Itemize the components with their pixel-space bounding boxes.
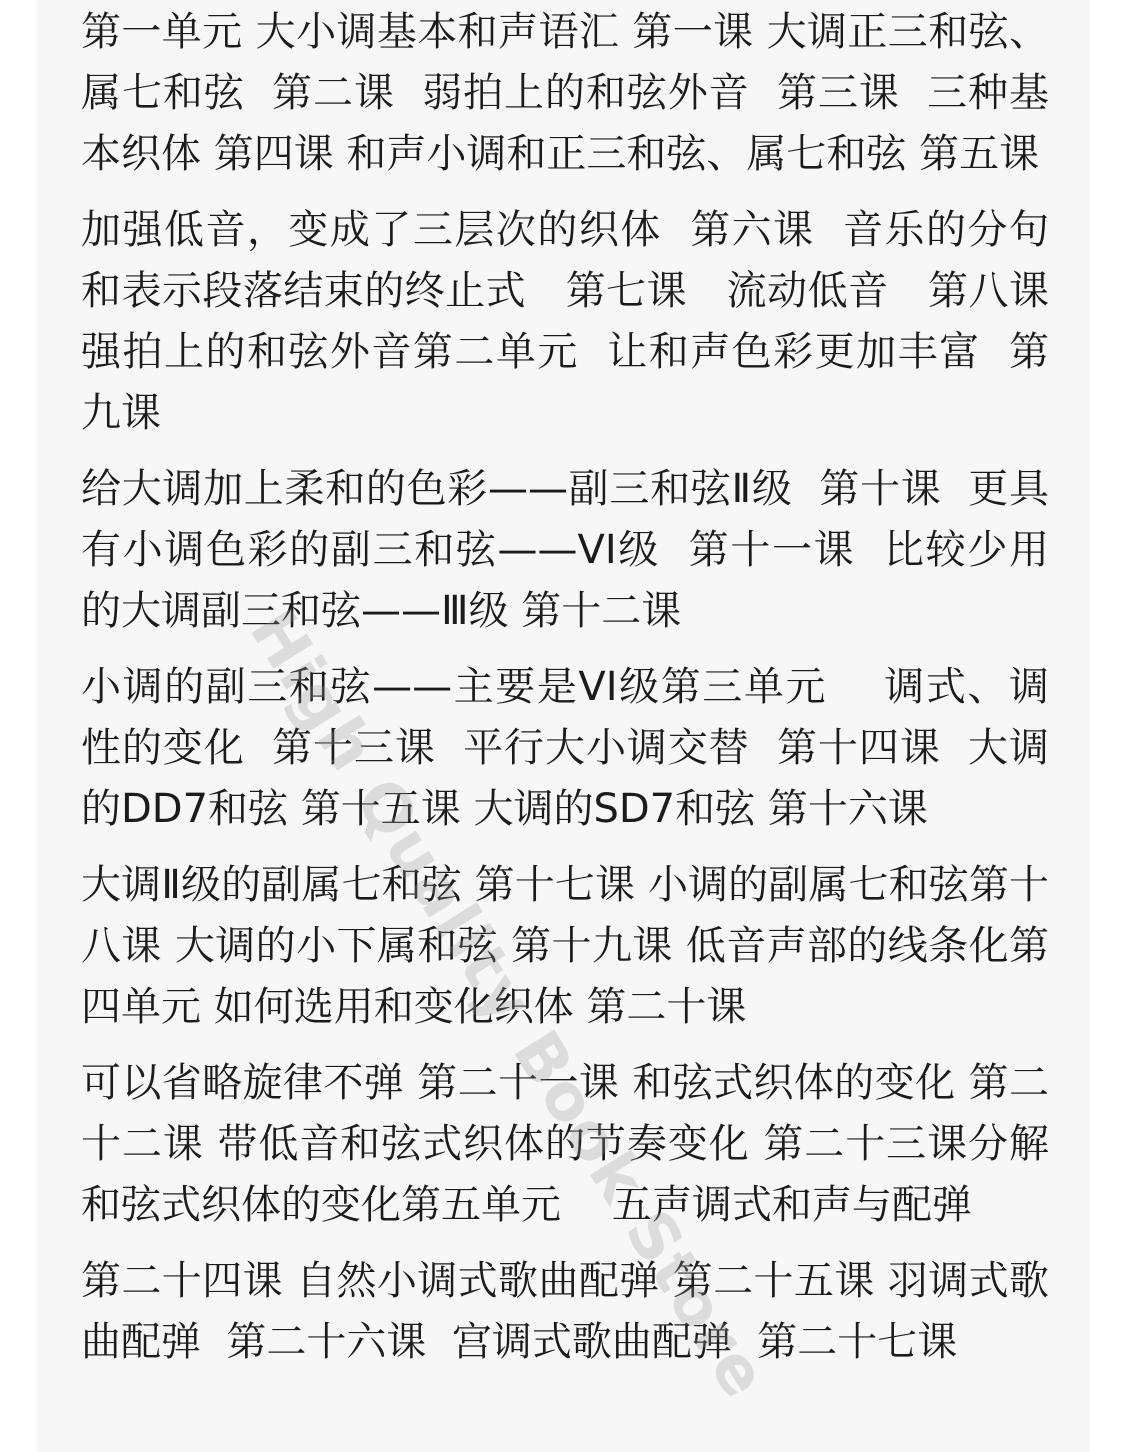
- toc-paragraph-7: 第二十四课 自然小调式歌曲配弹 第二十五课 羽调式歌曲配弹 第二十六课 宫调式歌…: [81, 1251, 1049, 1373]
- toc-paragraph-4: 小调的副三和弦——主要是VI级第三单元 调式、调性的变化 第十三课 平行大小调交…: [81, 657, 1049, 840]
- toc-paragraph-6: 可以省略旋律不弹 第二十一课 和弦式织体的变化 第二十二课 带低音和弦式织体的节…: [81, 1053, 1049, 1236]
- toc-paragraph-5: 大调Ⅱ级的副属七和弦 第十七课 小调的副属七和弦第十八课 大调的小下属和弦 第十…: [81, 855, 1049, 1038]
- toc-paragraph-2: 加强低音，变成了三层次的织体 第六课 音乐的分句和表示段落结束的终止式 第七课 …: [81, 200, 1049, 444]
- document-panel: 第一单元 大小调基本和声语汇 第一课 大调正三和弦、属七和弦 第二课 弱拍上的和…: [36, 0, 1090, 1452]
- toc-paragraph-3: 给大调加上柔和的色彩——副三和弦Ⅱ级 第十课 更具有小调色彩的副三和弦——VI级…: [81, 459, 1049, 642]
- toc-paragraph-1: 第一单元 大小调基本和声语汇 第一课 大调正三和弦、属七和弦 第二课 弱拍上的和…: [81, 2, 1049, 185]
- table-of-contents: 第一单元 大小调基本和声语汇 第一课 大调正三和弦、属七和弦 第二课 弱拍上的和…: [81, 0, 1049, 1388]
